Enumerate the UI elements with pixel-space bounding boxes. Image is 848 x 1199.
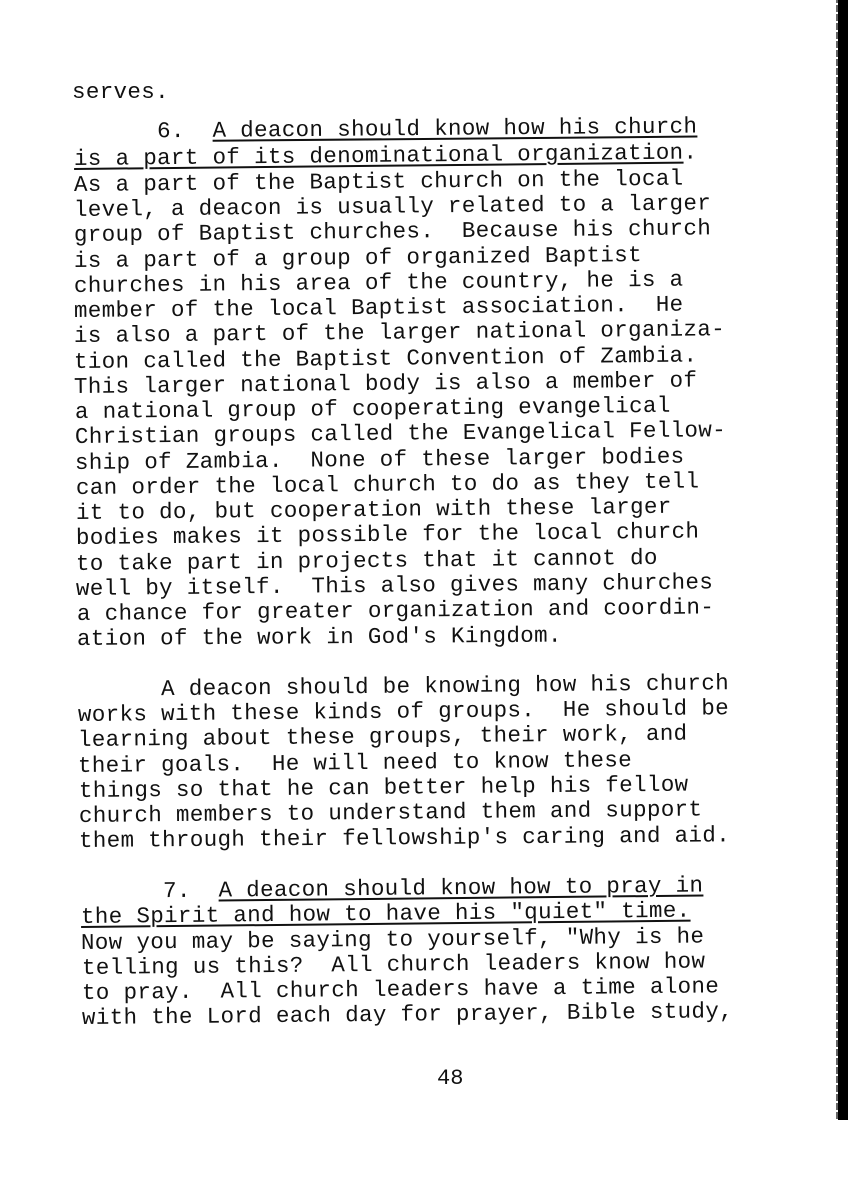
- line-text: .: [683, 139, 697, 165]
- text-line: ation of the work in God's Kingdom.: [77, 624, 562, 652]
- scan-edge-shadow: [838, 0, 848, 1120]
- text-line: with the Lord each day for prayer, Bible…: [82, 999, 733, 1031]
- page-number: 48: [437, 1066, 463, 1091]
- line-text: with the Lord each day for prayer, Bible…: [82, 998, 733, 1031]
- line-text: a chance for greater organization and co…: [77, 594, 714, 627]
- line-text: 6.: [74, 118, 213, 145]
- line-text: 7.: [80, 878, 219, 905]
- text-line: a chance for greater organization and co…: [77, 595, 714, 627]
- line-text: ation of the work in God's Kingdom.: [77, 623, 562, 652]
- text-line: serves.: [72, 80, 169, 105]
- text-line: them through their fellowship's caring a…: [79, 823, 730, 854]
- line-text: serves.: [72, 79, 169, 105]
- line-text: them through their fellowship's caring a…: [79, 822, 730, 854]
